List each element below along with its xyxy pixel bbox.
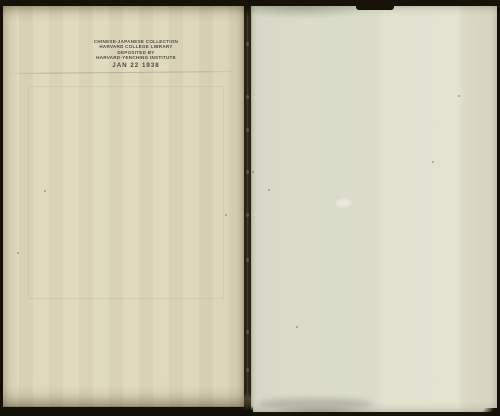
dust-speck bbox=[432, 161, 434, 163]
page-showthrough-outline bbox=[28, 86, 224, 299]
stamp-line-institute: HARVARD-YENCHING INSTITUTE bbox=[61, 55, 211, 60]
binding-stitch bbox=[246, 213, 249, 217]
binding-stitch bbox=[246, 330, 249, 334]
binding-stitch bbox=[246, 128, 249, 132]
dust-speck bbox=[458, 95, 460, 97]
right-page bbox=[251, 4, 497, 413]
dust-speck bbox=[296, 326, 298, 328]
dust-speck bbox=[17, 252, 19, 254]
binding-stitch bbox=[246, 42, 249, 46]
scan-border-top bbox=[0, 0, 500, 6]
dust-speck bbox=[252, 171, 254, 173]
binding-stitch bbox=[246, 95, 249, 99]
paper-light-spot bbox=[336, 199, 351, 207]
binding-stitch bbox=[246, 170, 249, 174]
stamp-date: JAN 22 1938 bbox=[61, 62, 211, 69]
dust-speck bbox=[268, 189, 270, 191]
gutter-top-shadow bbox=[244, 0, 250, 18]
book-scan: CHINESE-JAPANESE COLLECTION HARVARD COLL… bbox=[0, 0, 500, 416]
scan-border-top-notch bbox=[356, 0, 394, 10]
library-stamp: CHINESE-JAPANESE COLLECTION HARVARD COLL… bbox=[61, 39, 211, 69]
scan-border-bottom-right-wedge bbox=[477, 408, 500, 416]
dust-speck bbox=[44, 190, 46, 192]
binding-stitch bbox=[246, 368, 249, 372]
paper-smudge bbox=[258, 398, 373, 410]
binding-stitch bbox=[246, 258, 249, 262]
scan-border-bottom-left bbox=[0, 406, 253, 416]
dust-speck bbox=[225, 214, 227, 216]
binding-gutter-line bbox=[247, 0, 248, 416]
